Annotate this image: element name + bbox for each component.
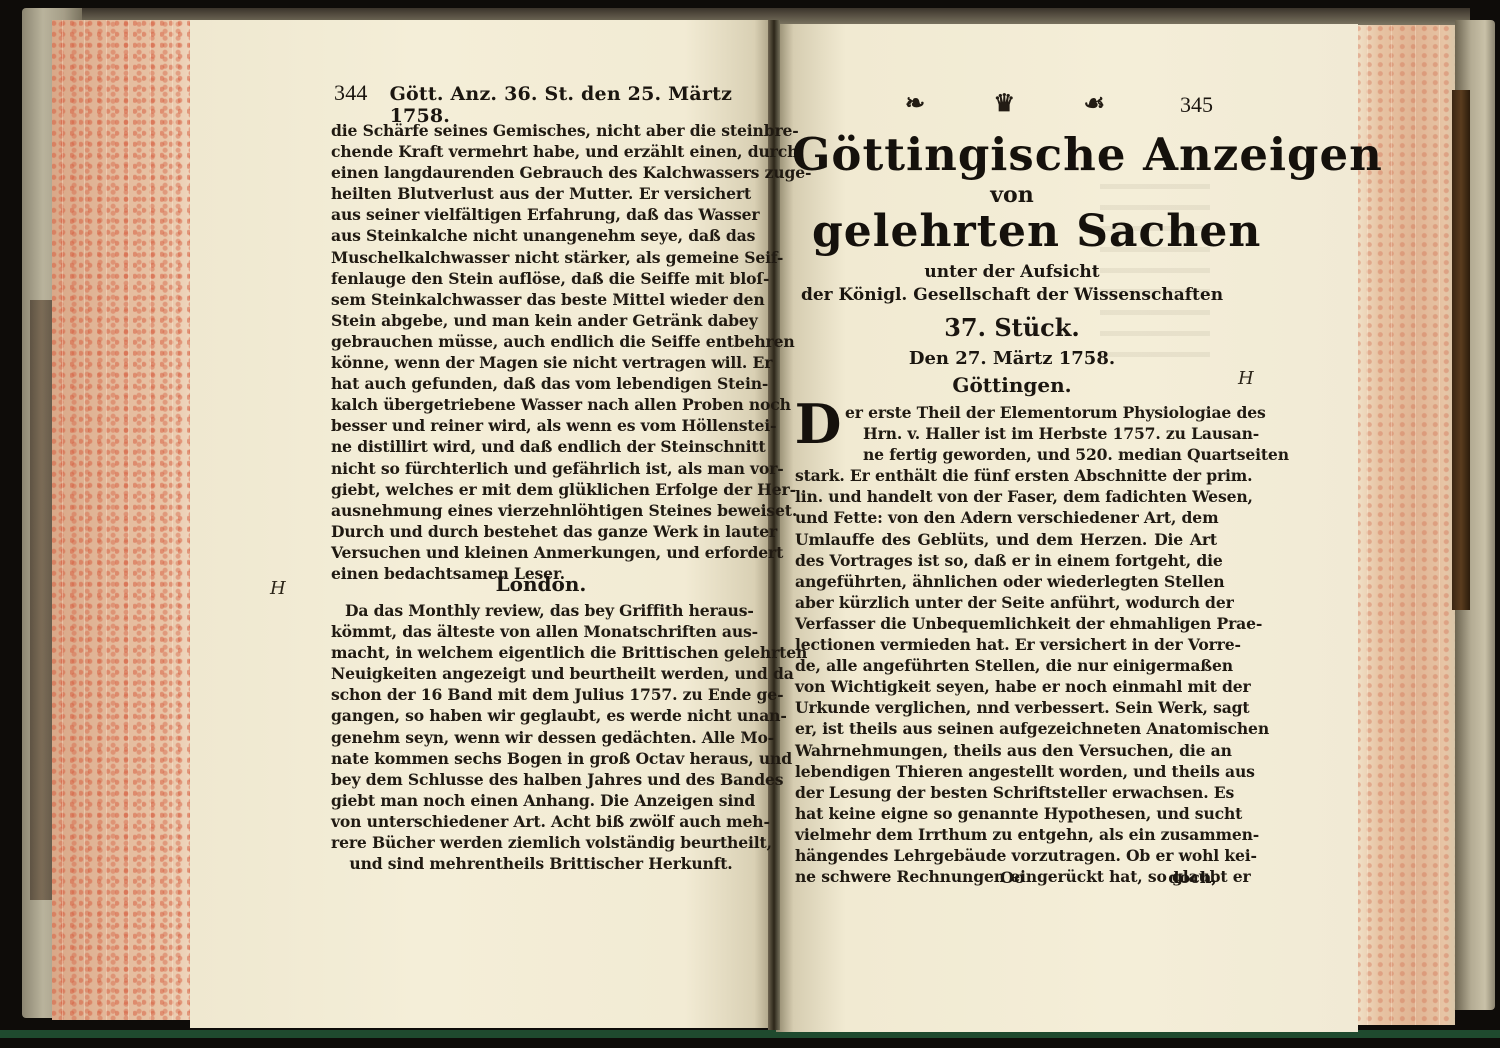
signature-mark: Oo <box>1000 868 1025 887</box>
text-line: ne fertig geworden, und 520. median Quar… <box>795 444 1217 465</box>
text-line: chende Kraft vermehrt habe, und erzählt … <box>331 141 751 162</box>
page-number: 345 <box>1180 92 1213 118</box>
text-line: hat keine eigne so genannte Hypothesen, … <box>795 803 1217 824</box>
text-line: ne distillirt wird, und daß endlich der … <box>331 436 751 457</box>
text-line: fenlauge den Stein auflöse, daß die Seif… <box>331 268 751 289</box>
text-line: hat auch gefunden, daß das vom lebendige… <box>331 373 751 394</box>
text-line: Verfasser die Unbequemlichkeit der ehmah… <box>795 613 1217 634</box>
right-page-body: er erste Theil der Elementorum Physiolog… <box>795 402 1217 887</box>
text-line: angeführten, ähnlichen oder wiederlegten… <box>795 571 1217 592</box>
text-line: Neuigkeiten angezeigt und beurtheilt wer… <box>331 663 751 684</box>
text-line: Durch und durch bestehet das ganze Werk … <box>331 521 751 542</box>
text-line: macht, in welchem eigentlich die Brittis… <box>331 642 751 663</box>
masthead-subtitle-line1: unter der Aufsicht <box>792 262 1232 282</box>
dateline-place: Göttingen. <box>792 373 1232 397</box>
text-line: Wahrnehmungen, theils aus den Versuchen,… <box>795 740 1217 761</box>
text-line: Da das Monthly review, das bey Griffith … <box>331 600 751 621</box>
section-heading-london: London. <box>331 572 751 596</box>
left-page-body: die Schärfe seines Gemisches, nicht aber… <box>331 120 751 584</box>
text-line: lectionen vermieden hat. Er versichert i… <box>795 634 1217 655</box>
text-line: Hrn. v. Haller ist im Herbste 1757. zu L… <box>795 423 1217 444</box>
text-line: und Fette: von den Adern verschiedener A… <box>795 507 1217 528</box>
page-footer: Oo doch, <box>795 868 1217 887</box>
text-line: ausnehmung eines vierzehnlöhtigen Steine… <box>331 500 751 521</box>
text-line: einen langdaurenden Gebrauch des Kalchwa… <box>331 162 751 183</box>
text-line: sem Steinkalchwasser das beste Mittel wi… <box>331 289 751 310</box>
text-line: lin. und handelt von der Faser, dem fadi… <box>795 486 1217 507</box>
masthead-subtitle-line2: der Königl. Gesellschaft der Wissenschaf… <box>792 285 1232 305</box>
header-ornaments: ❧ ♛ ☙ <box>905 88 1105 116</box>
text-line: von Wichtigkeit seyen, habe er noch einm… <box>795 676 1217 697</box>
text-line: und sind mehrentheils Brittischer Herkun… <box>331 853 751 874</box>
text-line: Urkunde verglichen, nnd verbessert. Sein… <box>795 697 1217 718</box>
text-line: er, ist theils aus seinen aufgezeichnete… <box>795 718 1217 739</box>
text-line: genehm seyn, wenn wir dessen gedächten. … <box>331 727 751 748</box>
text-line: er erste Theil der Elementorum Physiolog… <box>795 402 1217 423</box>
issue-number: 37. Stück. <box>792 313 1232 342</box>
crown-icon: ♛ <box>994 88 1016 117</box>
text-line: schon der 16 Band mit dem Julius 1757. z… <box>331 684 751 705</box>
text-line: Muschelkalchwasser nicht stärker, als ge… <box>331 247 751 268</box>
london-section-body: Da das Monthly review, das bey Griffith … <box>331 600 751 874</box>
text-line: rere Bücher werden ziemlich volständig b… <box>331 832 751 853</box>
fleuron-left-icon: ❧ <box>905 88 925 117</box>
text-line: giebt man noch einen Anhang. Die Anzeige… <box>331 790 751 811</box>
text-line: Versuchen und kleinen Anmerkungen, und e… <box>331 542 751 563</box>
text-line: stark. Er enthält die fünf ersten Abschn… <box>795 465 1217 486</box>
handwritten-margin-note: H <box>270 578 286 599</box>
text-line: die Schärfe seines Gemisches, nicht aber… <box>331 120 751 141</box>
catchword: doch, <box>1168 868 1217 887</box>
page-number: 344 <box>334 80 368 106</box>
text-line: von unterschiedener Art. Acht biß zwölf … <box>331 811 751 832</box>
book-cover-left-worn <box>30 300 52 900</box>
text-line: des Vortrages ist so, daß er in einem fo… <box>795 550 1217 571</box>
text-line: aus seiner vielfältigen Erfahrung, daß d… <box>331 204 751 225</box>
text-line: aber kürzlich unter der Seite anführt, w… <box>795 592 1217 613</box>
text-line: nate kommen sechs Bogen in groß Octav he… <box>331 748 751 769</box>
masthead-title-line2: gelehrten Sachen <box>812 206 1212 257</box>
text-line: aus Steinkalche nicht unangenehm seye, d… <box>331 225 751 246</box>
text-line: bey dem Schlusse des halben Jahres und d… <box>331 769 751 790</box>
issue-date: Den 27. Märtz 1758. <box>792 348 1232 369</box>
text-line: nicht so fürchterlich und gefährlich ist… <box>331 458 751 479</box>
masthead-title-line1: Göttingische Anzeigen <box>792 128 1232 181</box>
handwritten-margin-note: H <box>1238 368 1254 389</box>
page-edges-left <box>52 20 192 1020</box>
text-line: hängendes Lehrgebäude vorzutragen. Ob er… <box>795 845 1217 866</box>
text-line: besser und reiner wird, als wenn es vom … <box>331 415 751 436</box>
left-page-header: 344 Gött. Anz. 36. St. den 25. Märtz 175… <box>334 80 754 110</box>
text-line: könne, wenn der Magen sie nicht vertrage… <box>331 352 751 373</box>
text-line: giebt, welches er mit dem glüklichen Erf… <box>331 479 751 500</box>
text-line: gebrauchen müsse, auch endlich die Seiff… <box>331 331 751 352</box>
fleuron-right-icon: ☙ <box>1083 88 1105 117</box>
text-line: kalch übergetriebene Wasser nach allen P… <box>331 394 751 415</box>
text-line: de, alle angeführten Stellen, die nur ei… <box>795 655 1217 676</box>
text-line: kömmt, das älteste von allen Monatschrif… <box>331 621 751 642</box>
masthead-von: von <box>792 182 1232 208</box>
book-cover-right-marbled <box>1452 90 1470 610</box>
text-line: heilten Blutverlust aus der Mutter. Er v… <box>331 183 751 204</box>
text-line: Umlauffe des Geblüts, und dem Herzen. Di… <box>795 529 1217 550</box>
text-line: Stein abgebe, und man kein ander Getränk… <box>331 310 751 331</box>
text-line: gangen, so haben wir geglaubt, es werde … <box>331 705 751 726</box>
text-line: vielmehr dem Irrthum zu entgehn, als ein… <box>795 824 1217 845</box>
text-line: der Lesung der besten Schriftsteller erw… <box>795 782 1217 803</box>
text-line: lebendigen Thieren angestellt worden, un… <box>795 761 1217 782</box>
